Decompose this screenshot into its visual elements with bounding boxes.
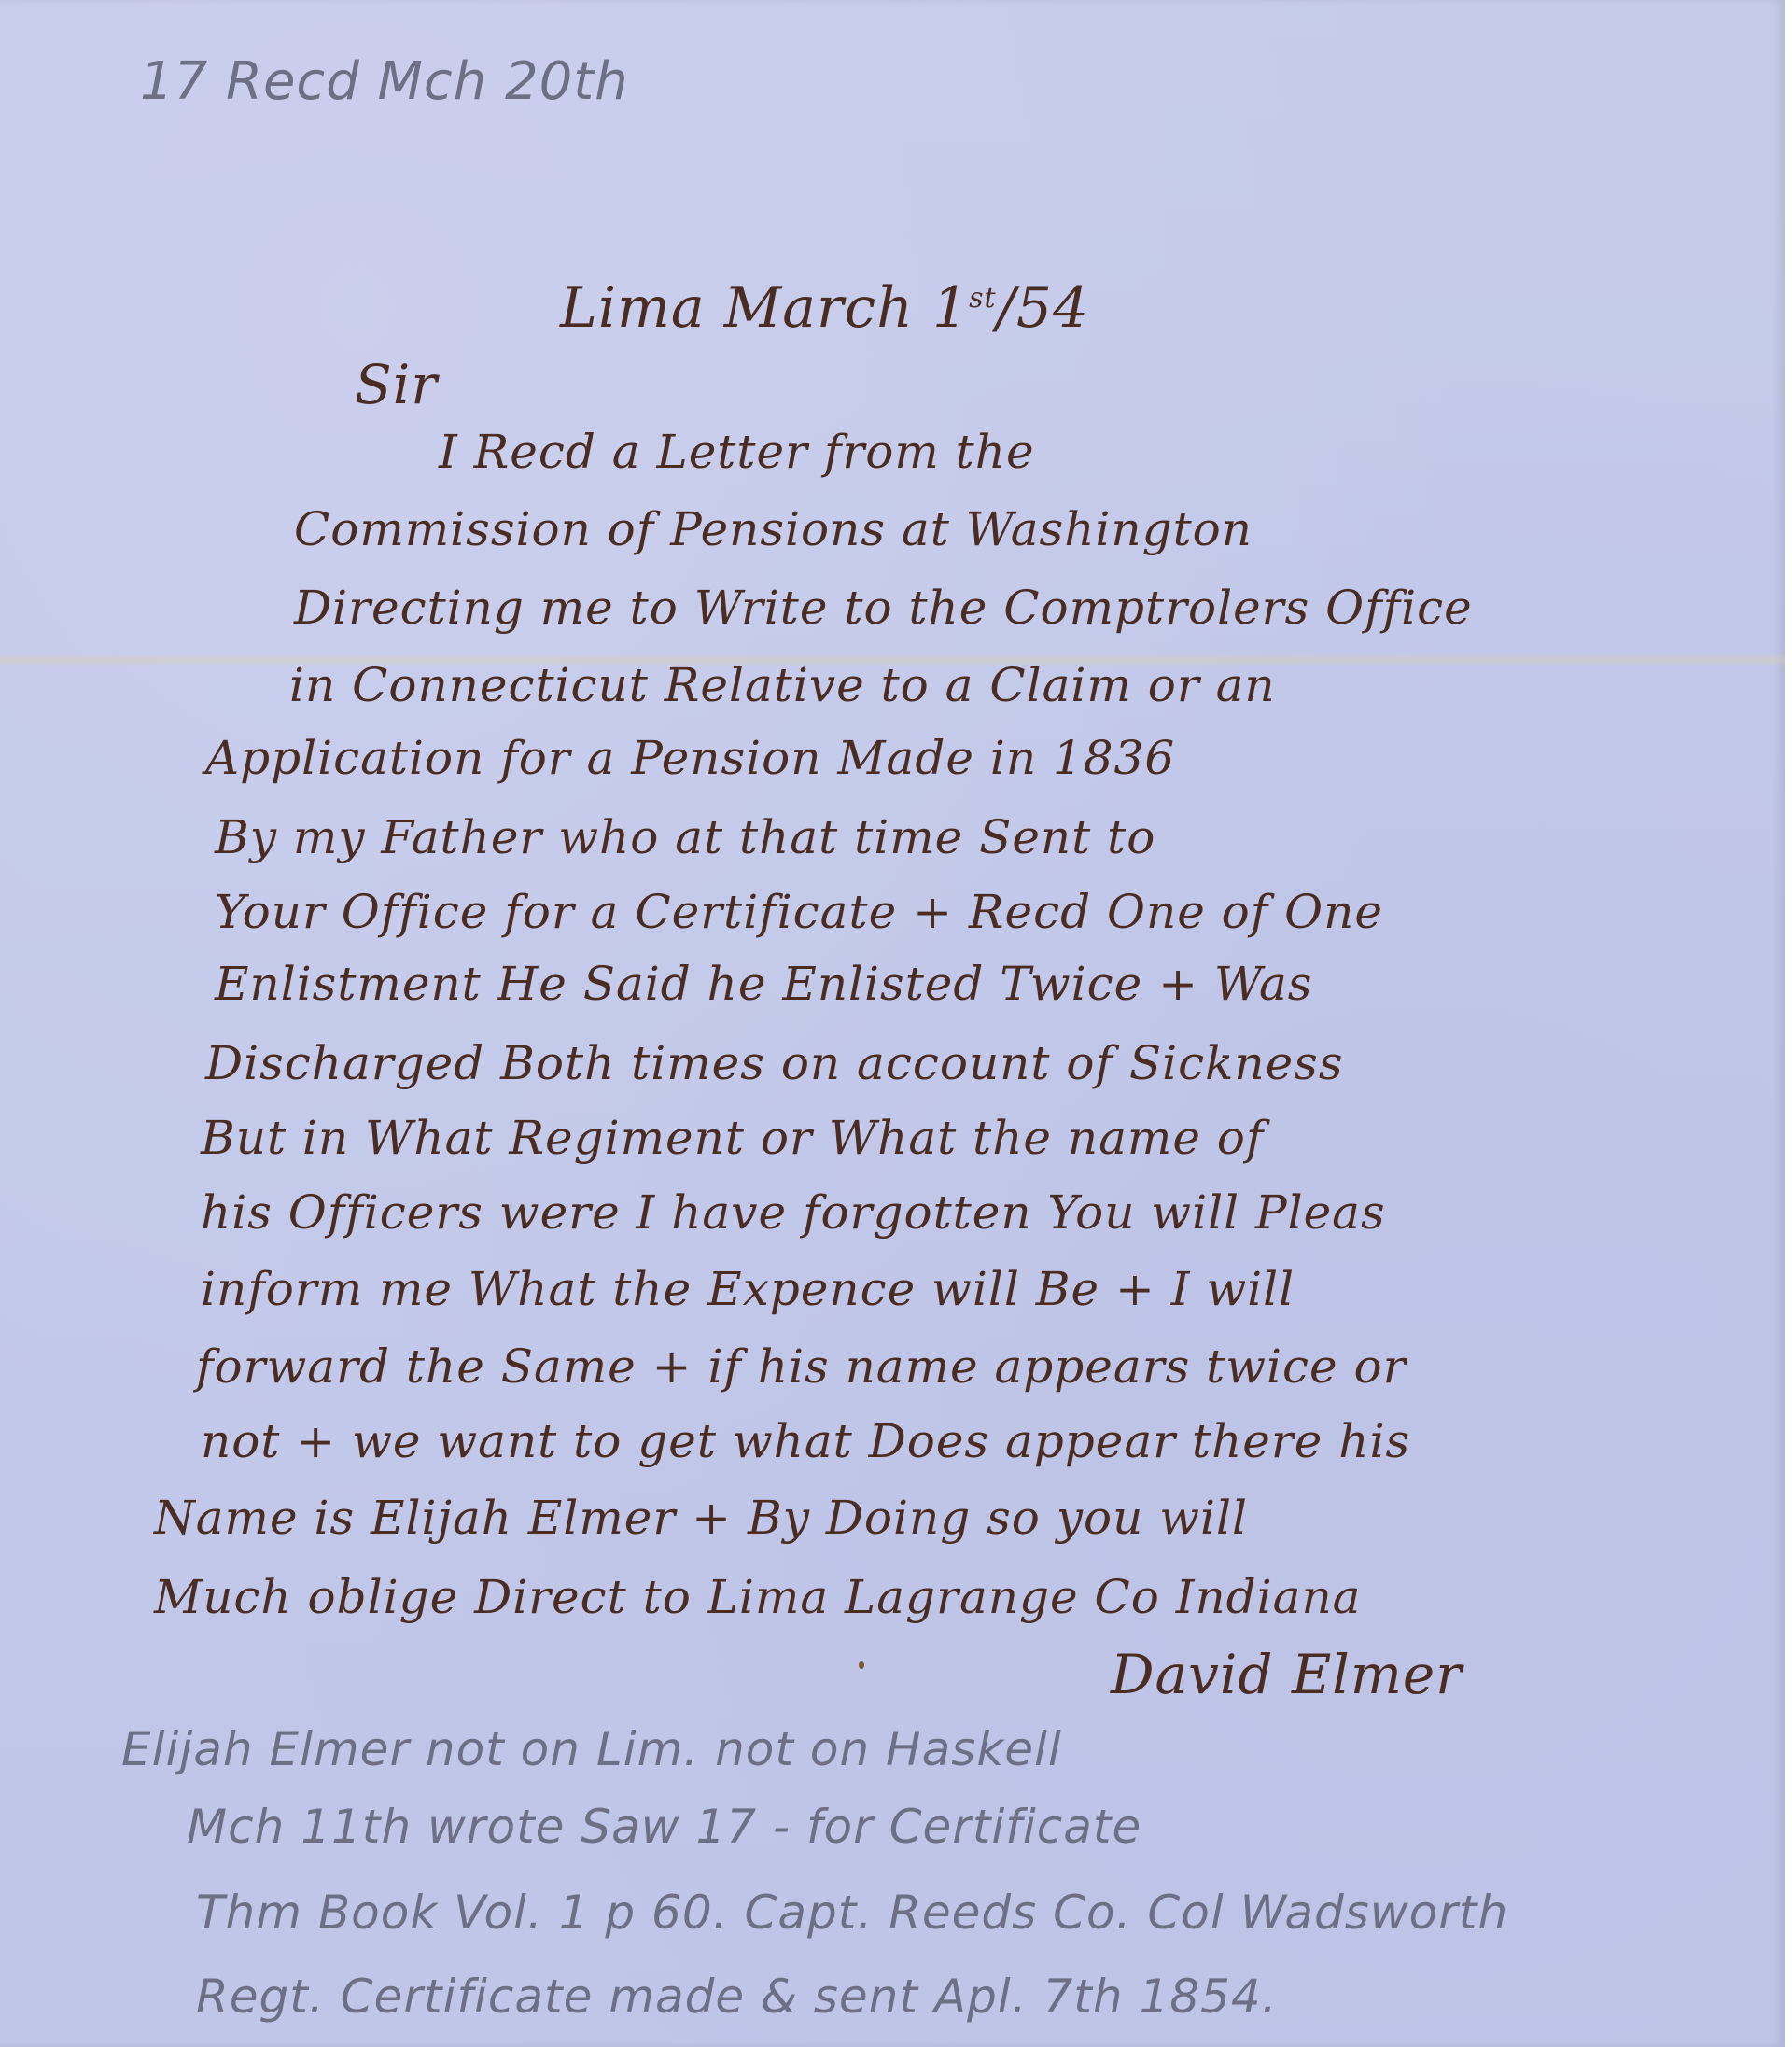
letter-page: 17 Recd Mch 20th Lima March 1st/54 Sir I… bbox=[0, 0, 1785, 2047]
body-line: I Recd a Letter from the bbox=[439, 425, 1035, 479]
body-line: in Connecticut Relative to a Claim or an bbox=[289, 658, 1276, 712]
body-line: Name is Elijah Elmer + By Doing so you w… bbox=[154, 1491, 1248, 1545]
annotation-line: Mch 11th wrote Saw 17 - for Certificate bbox=[187, 1800, 1141, 1854]
signature: David Elmer bbox=[1111, 1643, 1463, 1706]
body-line: But in What Regiment or What the name of bbox=[201, 1111, 1264, 1165]
body-line: forward the Same + if his name appears t… bbox=[196, 1339, 1407, 1394]
body-line: Directing me to Write to the Comptrolers… bbox=[294, 581, 1473, 635]
dateline-year: /54 bbox=[997, 275, 1090, 341]
ink-spot bbox=[859, 1661, 864, 1669]
dateline: Lima March 1st/54 bbox=[560, 275, 1089, 341]
body-line: By my Father who at that time Sent to bbox=[215, 810, 1155, 864]
body-line: Application for a Pension Made in 1836 bbox=[205, 731, 1175, 785]
salutation: Sir bbox=[355, 353, 438, 416]
annotation-line: Thm Book Vol. 1 p 60. Capt. Reeds Co. Co… bbox=[196, 1886, 1508, 1940]
body-line: his Officers were I have forgotten You w… bbox=[201, 1185, 1386, 1240]
annotation-line: Regt. Certificate made & sent Apl. 7th 1… bbox=[196, 1970, 1278, 2024]
body-line: Enlistment He Said he Enlisted Twice + W… bbox=[215, 957, 1312, 1011]
annotation-line: Elijah Elmer not on Lim. not on Haskell bbox=[121, 1722, 1062, 1776]
body-line: Discharged Both times on account of Sick… bbox=[205, 1036, 1344, 1090]
dateline-place-date: Lima March 1 bbox=[560, 275, 969, 341]
body-line: Much oblige Direct to Lima Lagrange Co I… bbox=[154, 1570, 1362, 1624]
body-line: not + we want to get what Does appear th… bbox=[201, 1414, 1410, 1468]
body-line: Commission of Pensions at Washington bbox=[294, 502, 1253, 556]
body-line: inform me What the Expence will Be + I w… bbox=[201, 1262, 1295, 1316]
received-note: 17 Recd Mch 20th bbox=[140, 51, 629, 112]
dateline-ordinal: st bbox=[969, 282, 996, 315]
body-line: Your Office for a Certificate + Recd One… bbox=[215, 885, 1383, 939]
